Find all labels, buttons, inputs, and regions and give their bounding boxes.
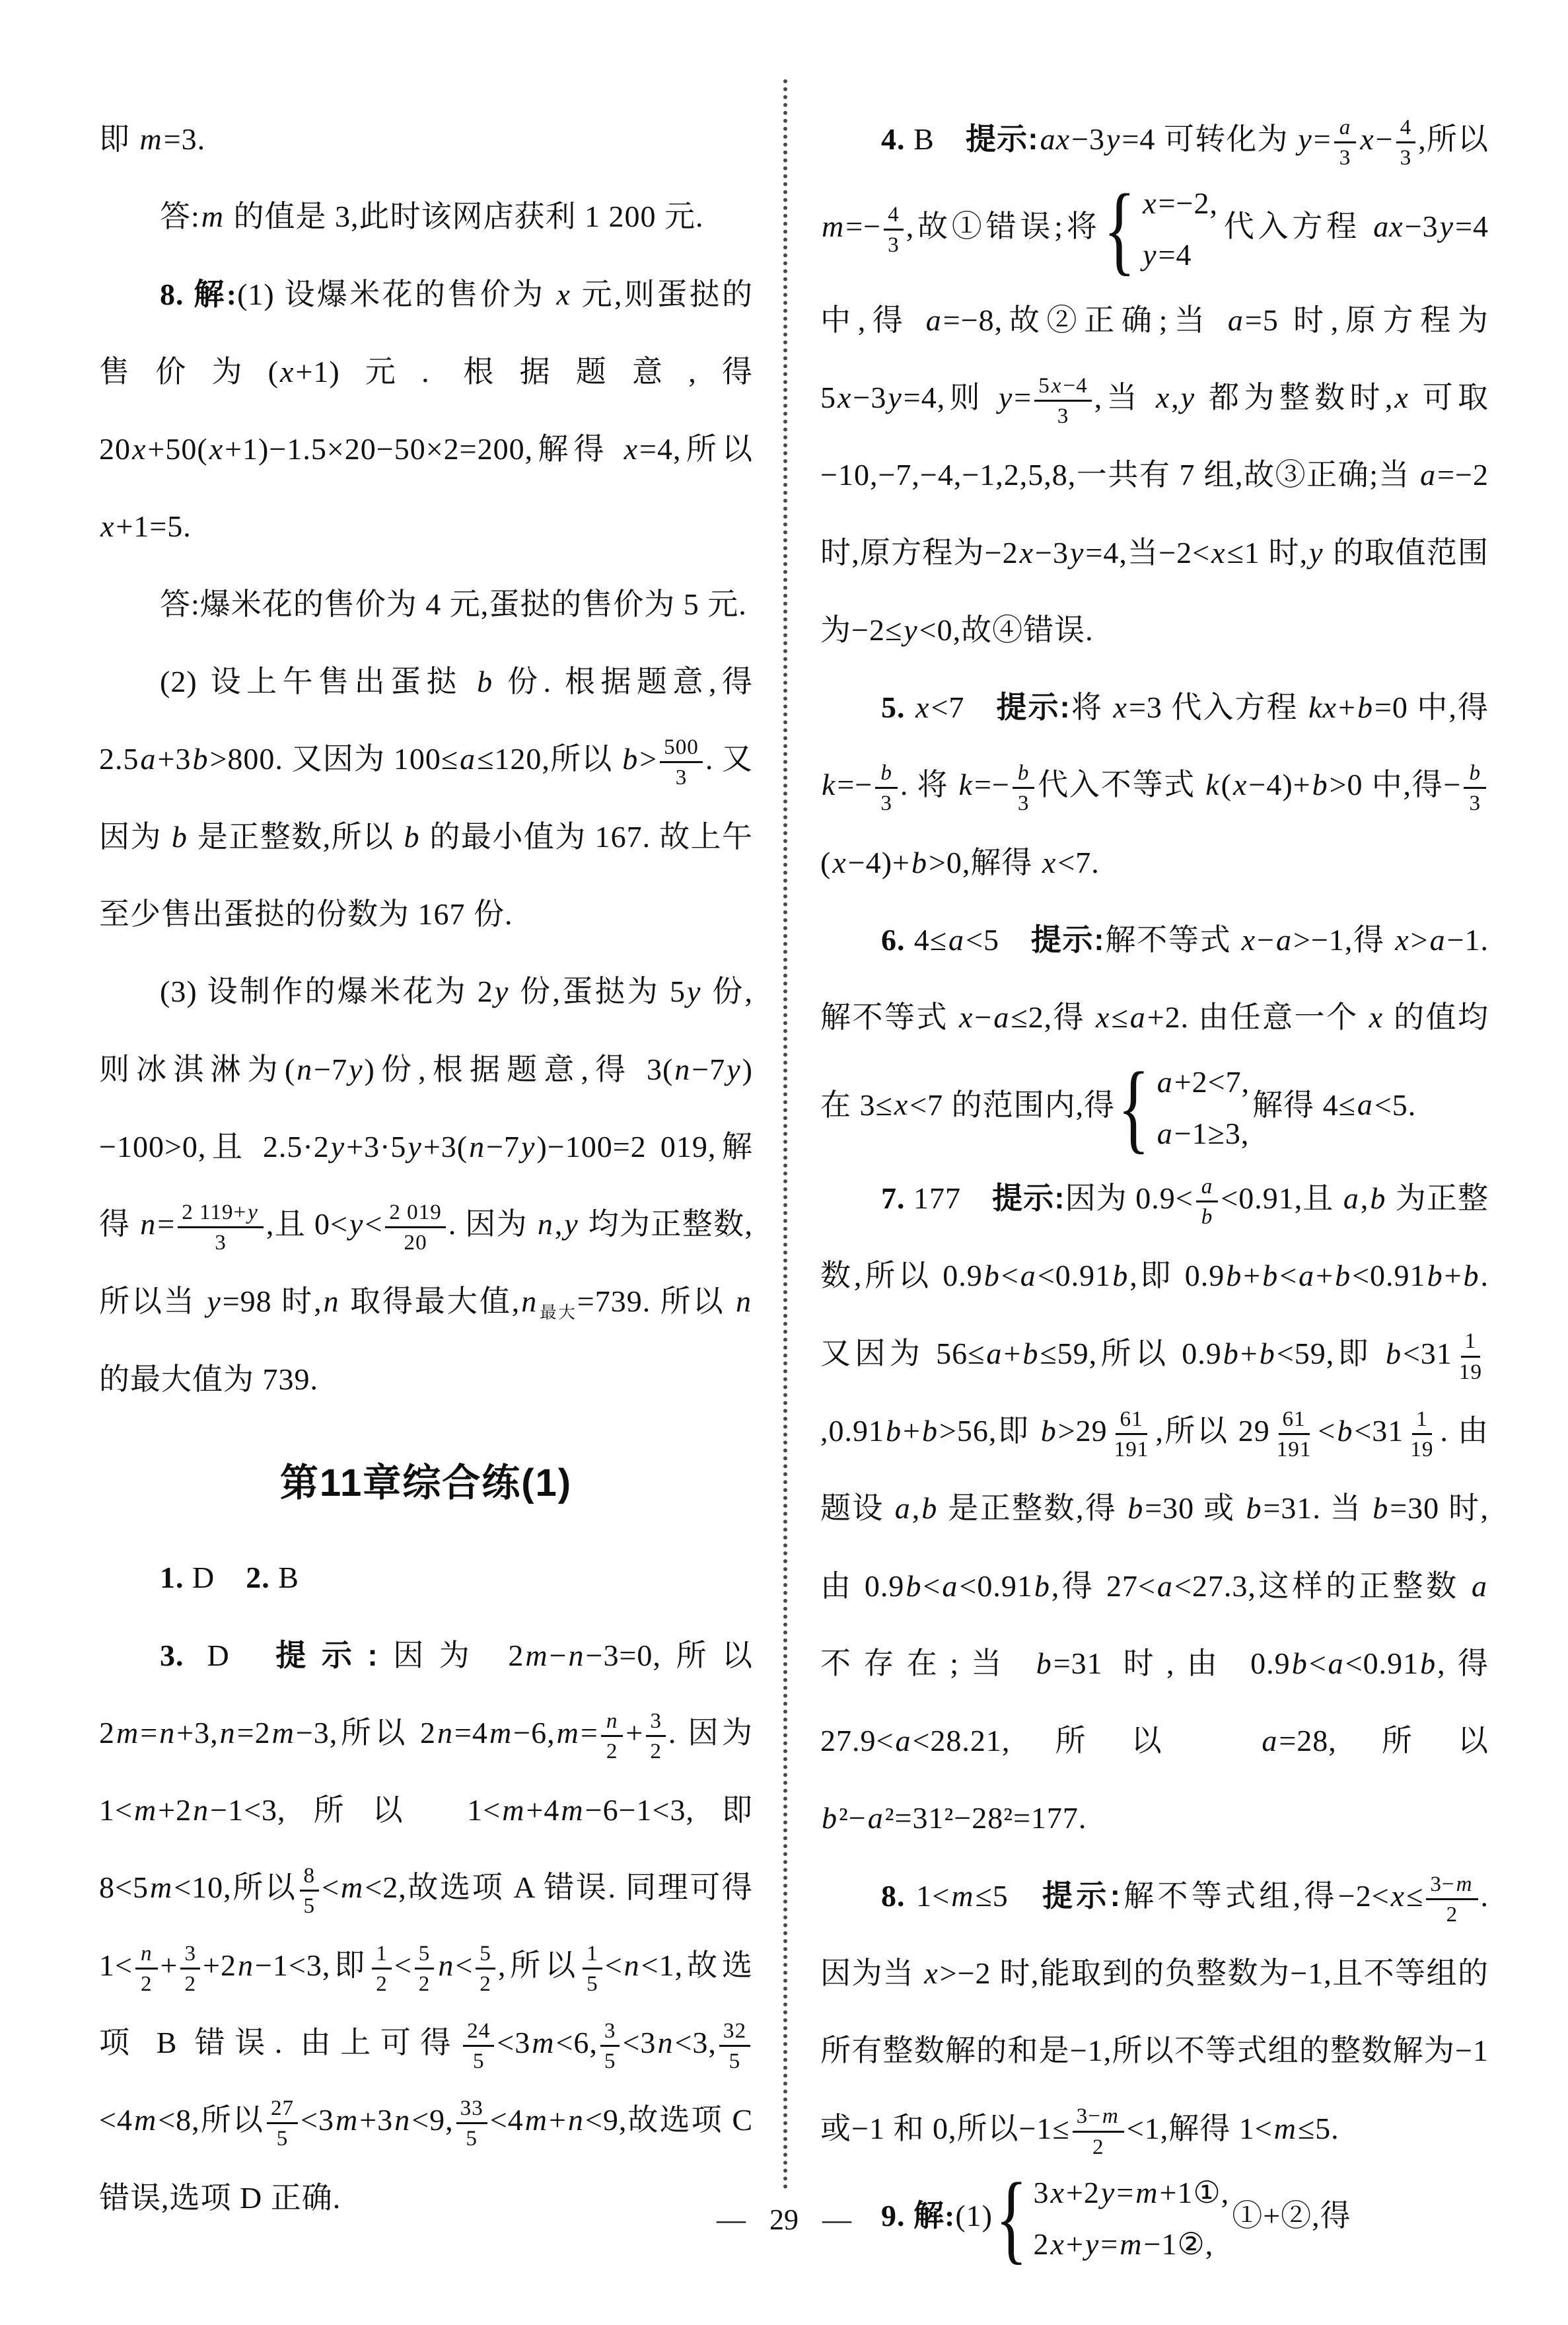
- fraction: 61191: [1110, 1405, 1153, 1463]
- page-number: 29: [769, 2205, 799, 2234]
- fraction: 3−m2: [1073, 2102, 1124, 2160]
- hint-label: 提示:: [995, 690, 1070, 724]
- paragraph: 即 m=3.: [99, 100, 753, 178]
- paragraph: 答:爆米花的售价为 4 元,蛋挞的售价为 5 元.: [99, 566, 753, 643]
- column-divider: [783, 79, 787, 2190]
- fraction: 15: [583, 1939, 602, 1998]
- paragraph: (3) 设制作的爆米花为 2y 份,蛋挞为 5y 份,则冰淇淋为(n−7y)份,…: [99, 953, 753, 1418]
- fraction: 119: [1455, 1327, 1486, 1385]
- fraction: 2 01920: [385, 1198, 446, 1257]
- paragraph: 4. B 提示:ax−3y=4 可转化为 y=a3x−43,所以 m=−43,故…: [820, 100, 1489, 669]
- bold-label: 2.: [246, 1561, 270, 1594]
- equation-system: {a+2<7,a−1≥3,: [1118, 1056, 1250, 1160]
- fraction: 32: [646, 1707, 666, 1765]
- fraction: n2: [601, 1707, 624, 1765]
- paragraph: 答:m 的值是 3,此时该网店获利 1 200 元.: [99, 178, 753, 255]
- bold-label: 8. 解:: [160, 277, 237, 311]
- right-column: 4. B 提示:ax−3y=4 可转化为 y=a3x−43,所以 m=−43,故…: [820, 100, 1489, 2270]
- hint-label: 提示:: [992, 1181, 1065, 1215]
- fraction: ab: [1196, 1172, 1219, 1231]
- bold-label: 8.: [881, 1879, 906, 1913]
- fraction: 245: [463, 2016, 494, 2075]
- left-column: 即 m=3.答:m 的值是 3,此时该网店获利 1 200 元.8. 解:(1)…: [99, 100, 753, 2236]
- fraction: 5x−43: [1034, 371, 1092, 430]
- paragraph: 3. D 提示:因为 2m−n−3=0,所以 2m=n+3,n=2m−3,所以 …: [99, 1617, 753, 2236]
- equation-system: {x=−2,y=4: [1104, 178, 1218, 281]
- fraction: 119: [1406, 1405, 1437, 1463]
- paragraph: 5. x<7 提示:将 x=3 代入方程 kx+b=0 中,得 k=−b3. 将…: [820, 669, 1489, 901]
- paragraph: (2) 设上午售出蛋挞 b 份. 根据题意,得 2.5a+3b>800. 又因为…: [99, 643, 753, 953]
- hint-label: 提示:: [1040, 1878, 1121, 1913]
- fraction: b3: [1013, 758, 1035, 817]
- fraction: 52: [415, 1939, 435, 1998]
- fraction: 275: [267, 2094, 298, 2153]
- hint-label: 提示:: [966, 122, 1039, 156]
- footer-dash-right: —: [822, 2205, 851, 2234]
- bold-label: 5.: [881, 690, 906, 724]
- paragraph: 8. 1<m≤5 提示:解不等式组,得−2<x≤3−m2. 因为当 x>−2 时…: [820, 1857, 1489, 2167]
- bold-label: 6.: [881, 923, 906, 957]
- fraction: 32: [180, 1939, 200, 1998]
- paragraph: 7. 177 提示:因为 0.9<ab<0.91,且 a,b 为正整数,所以 0…: [820, 1160, 1489, 1857]
- paragraph: 1. D 2. B: [99, 1539, 753, 1616]
- section-heading: 第11章综合练(1): [99, 1456, 753, 1510]
- left-brace: {: [1104, 180, 1137, 280]
- fraction: 85: [300, 1861, 320, 1920]
- paragraph: 6. 4≤a<5 提示:解不等式 x−a>−1,得 x>a−1. 解不等式 x−…: [820, 901, 1489, 1160]
- fraction: n2: [135, 1939, 158, 1998]
- equation-row: a−1≥3,: [1156, 1108, 1250, 1160]
- fraction: 2 119+y3: [178, 1198, 264, 1257]
- equation-row: y=4: [1141, 229, 1192, 281]
- fraction: 43: [884, 200, 904, 259]
- fraction: b3: [875, 758, 898, 817]
- left-brace: {: [1118, 1058, 1151, 1158]
- fraction: 35: [600, 2016, 620, 2075]
- equation-row: a+2<7,: [1156, 1056, 1250, 1108]
- footer-dash-left: —: [717, 2205, 746, 2234]
- equation-row: x=−2,: [1141, 178, 1218, 229]
- fraction: 52: [476, 1939, 495, 1998]
- fraction: 61191: [1273, 1405, 1316, 1463]
- fraction: 3−m2: [1426, 1870, 1478, 1929]
- bold-label: 3.: [160, 1639, 184, 1672]
- hint-label: 提示:: [261, 1638, 378, 1672]
- paragraph: 8. 解:(1) 设爆米花的售价为 x 元,则蛋挞的售价为(x+1)元. 根据题…: [99, 256, 753, 566]
- bold-label: 7.: [881, 1181, 906, 1215]
- fraction: 335: [456, 2094, 487, 2153]
- fraction: 325: [719, 2016, 750, 2075]
- fraction: 5003: [660, 733, 703, 792]
- fraction: b3: [1464, 758, 1486, 817]
- subscript: 最大: [538, 1304, 577, 1323]
- bold-label: 4.: [881, 122, 906, 156]
- fraction: 43: [1396, 113, 1416, 172]
- fraction: a3: [1334, 113, 1357, 172]
- fraction: 12: [372, 1939, 392, 1998]
- bold-label: 1.: [160, 1561, 184, 1594]
- page-footer: — 29 —: [0, 2205, 1568, 2234]
- hint-label: 提示:: [1030, 922, 1105, 957]
